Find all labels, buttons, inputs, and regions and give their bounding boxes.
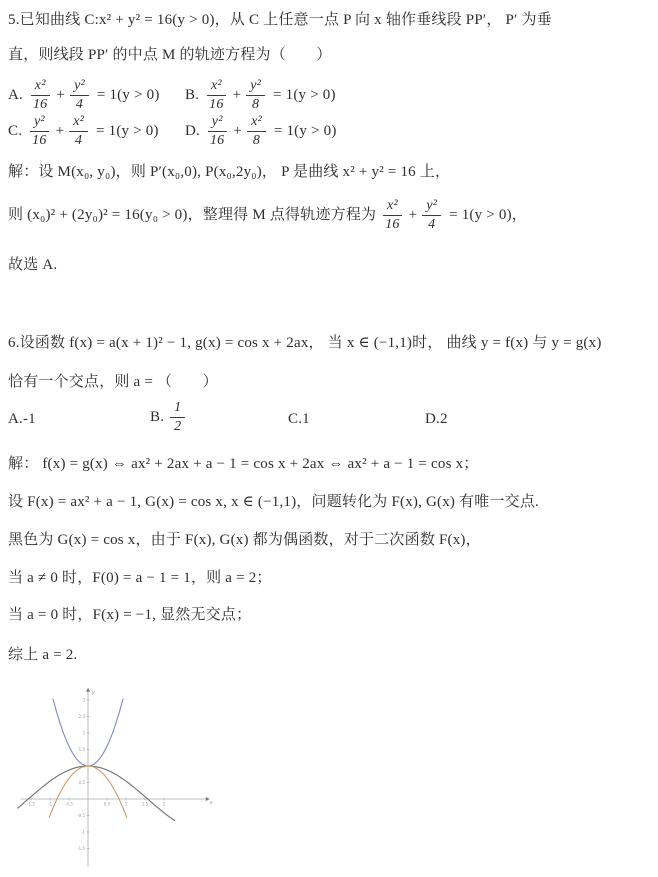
fraction-denominator: 16 <box>205 96 227 113</box>
fraction-denominator: 8 <box>249 132 264 149</box>
q5-option-d: D. y²16 + x²8 = 1(y > 0) <box>185 114 337 149</box>
q5-option-c: C. y²16 + x²4 = 1(y > 0) <box>8 114 159 149</box>
q6-statement-line2: 恰有一个交点，则 a = （ ） <box>8 373 218 392</box>
x-tick-label: 1.5 <box>142 802 149 807</box>
fraction-numerator: y² <box>246 78 265 96</box>
q5-statement-line2: 直，则线段 PP′ 的中点 M 的轨迹方程为（ ） <box>8 46 332 65</box>
option-label: B. <box>150 408 164 427</box>
fraction-numerator: y² <box>30 114 49 132</box>
q6-solution-line2: 设 F(x) = ax² + a − 1, G(x) = cos x, x ∈ … <box>8 493 539 512</box>
q6-answer: 综上 a = 2. <box>8 646 77 665</box>
fraction-numerator: y² <box>208 114 227 132</box>
plus-sign: + <box>409 206 418 225</box>
fraction: y²4 <box>70 78 89 113</box>
fraction: x²16 <box>29 78 51 113</box>
y-tick-label: -0.5 <box>77 813 85 818</box>
q5-solution-line2: 则 (x₀)² + (2y₀)² = 16(y₀ > 0)，整理得 M 点得轨迹… <box>8 198 527 233</box>
plus-sign: + <box>233 86 242 105</box>
y-axis-label: y <box>91 690 96 696</box>
q6-option-b: B. 12 <box>150 400 188 435</box>
q5-solution-line1: 解：设 M(x₀, y₀)，则 P′(x₀,0), P(x₀,2y₀)， P 是… <box>8 163 450 182</box>
fraction-denominator: 16 <box>381 216 403 233</box>
q6-solution-line1: 解： f(x) = g(x) ⇔ ax² + 2ax + a − 1 = cos… <box>8 455 479 474</box>
y-tick-label: -1 <box>81 830 85 835</box>
fraction-denominator: 16 <box>29 96 51 113</box>
x-tick-label: 0.5 <box>104 802 111 807</box>
document-page: 5.已知曲线 C:x² + y² = 16(y > 0)，从 C 上任意一点 P… <box>0 0 658 877</box>
black-cosine-curve <box>18 766 175 821</box>
q5-option-a: A. x²16 + y²4 = 1(y > 0) <box>8 78 160 113</box>
formula-tail: = 1(y > 0) <box>274 122 337 141</box>
fraction-numerator: x² <box>31 78 50 96</box>
y-tick-label: 1.5 <box>79 747 86 752</box>
x-tick-label: 2 <box>163 802 166 807</box>
plus-sign: + <box>233 122 242 141</box>
x-tick-label: -0.5 <box>65 802 73 807</box>
q6-statement-line1: 6.设函数 f(x) = a(x + 1)² − 1, g(x) = cos x… <box>8 334 602 353</box>
q6-solution-line4: 当 a ≠ 0 时，F(0) = a − 1 = 1，则 a = 2； <box>8 569 272 588</box>
fraction-numerator: x² <box>69 114 88 132</box>
fraction-numerator: y² <box>422 198 441 216</box>
x-tick-label: -1 <box>48 802 52 807</box>
fraction-denominator: 4 <box>71 132 86 149</box>
fraction: y²4 <box>422 198 441 233</box>
fraction-numerator: 1 <box>170 400 185 418</box>
fraction-denominator: 16 <box>28 132 50 149</box>
fraction-numerator: y² <box>70 78 89 96</box>
fraction: x²16 <box>205 78 227 113</box>
option-label: C. <box>8 122 22 141</box>
q5-option-b: B. x²16 + y²8 = 1(y > 0) <box>185 78 336 113</box>
x-tick-label: -1.5 <box>27 802 35 807</box>
formula-tail: = 1(y > 0) <box>97 86 160 105</box>
fraction: y²16 <box>206 114 228 149</box>
fraction-numerator: x² <box>383 198 402 216</box>
y-tick-label: -1.5 <box>77 846 85 851</box>
fraction: 12 <box>170 400 185 435</box>
fraction: x²8 <box>247 114 266 149</box>
option-label: A. <box>8 86 23 105</box>
q6-solution-line5: 当 a = 0 时，F(x) = −1, 显然无交点； <box>8 606 251 625</box>
q6-option-c: C.1 <box>288 410 310 429</box>
q5-statement-line1: 5.已知曲线 C:x² + y² = 16(y > 0)，从 C 上任意一点 P… <box>8 11 552 30</box>
x-axis-label: x <box>209 800 213 806</box>
formula-tail: = 1(y > 0) <box>273 86 336 105</box>
q6-option-a: A.-1 <box>8 410 36 429</box>
fraction: x²16 <box>381 198 403 233</box>
function-graph: xy-1.5-1-0.50.511.5232.521.510.5-0.5-1-1… <box>15 684 215 876</box>
option-label: D. <box>185 122 200 141</box>
fraction-numerator: x² <box>247 114 266 132</box>
x-tick-label: 1 <box>125 802 128 807</box>
solution-text: 则 (x₀)² + (2y₀)² = 16(y₀ > 0)，整理得 M 点得轨迹… <box>8 206 376 225</box>
y-tick-label: 0.5 <box>79 780 86 785</box>
fraction-denominator: 4 <box>424 216 439 233</box>
y-tick-label: 2.5 <box>79 714 86 719</box>
y-tick-label: 2 <box>82 731 85 736</box>
fraction: y²16 <box>28 114 50 149</box>
y-tick-label: 3 <box>82 698 85 703</box>
formula-tail: = 1(y > 0) <box>96 122 159 141</box>
formula-tail: = 1(y > 0)， <box>449 206 527 225</box>
fraction: x²4 <box>69 114 88 149</box>
fraction-denominator: 8 <box>248 96 263 113</box>
fraction: y²8 <box>246 78 265 113</box>
fraction-denominator: 16 <box>206 132 228 149</box>
fraction-numerator: x² <box>207 78 226 96</box>
y-axis-arrow <box>86 688 90 692</box>
q6-solution-line3: 黑色为 G(x) = cos x，由于 F(x), G(x) 都为偶函数，对于二… <box>8 531 481 550</box>
plus-sign: + <box>56 122 65 141</box>
fraction-denominator: 2 <box>170 418 185 435</box>
q5-answer: 故选 A. <box>8 256 57 275</box>
fraction-denominator: 4 <box>72 96 87 113</box>
plus-sign: + <box>56 86 65 105</box>
option-label: B. <box>185 86 199 105</box>
q6-option-d: D.2 <box>425 410 448 429</box>
